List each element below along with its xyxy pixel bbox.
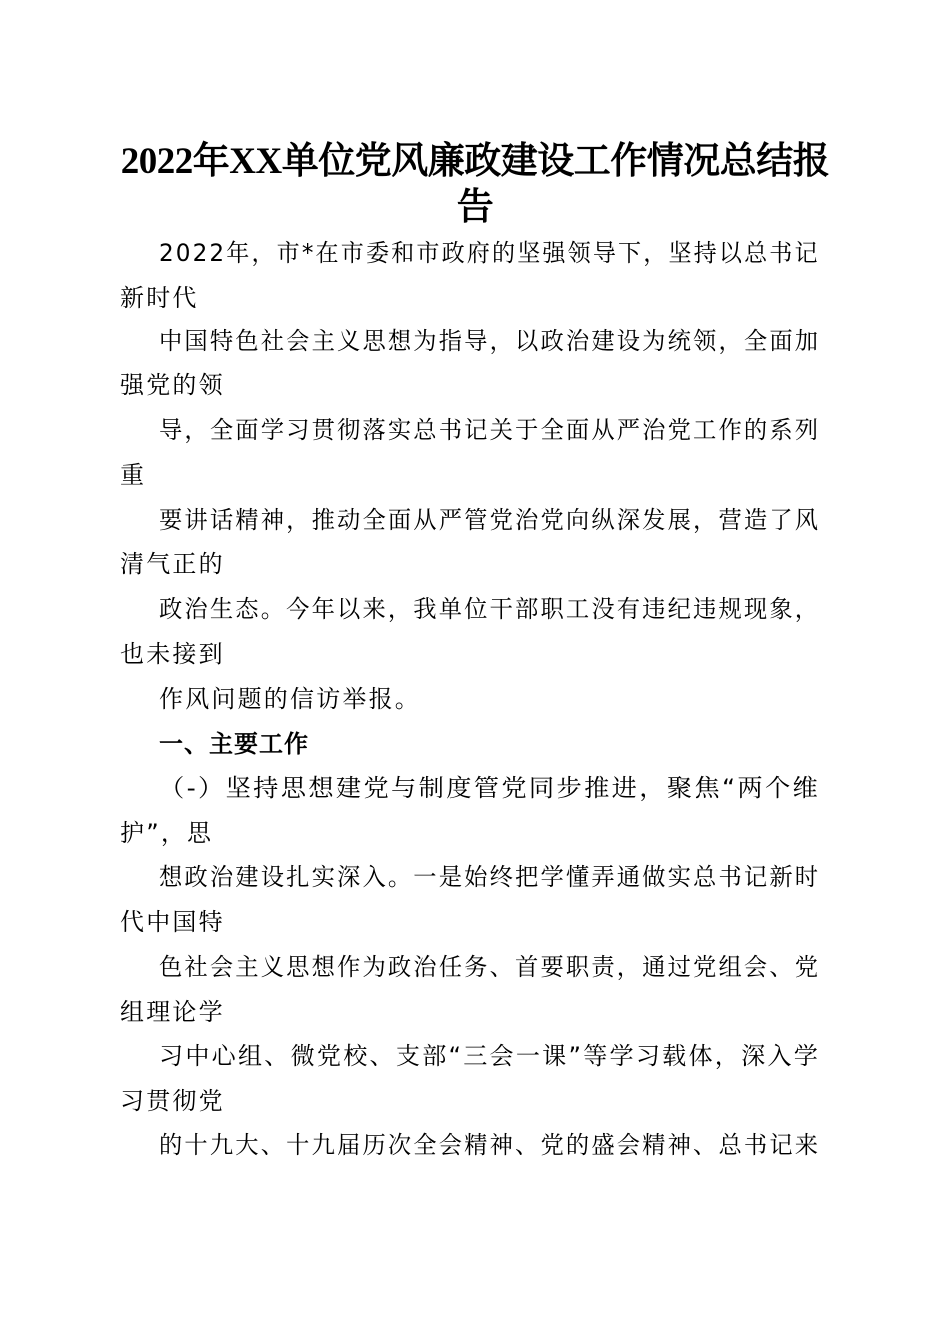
document-title-line-2: 告	[110, 183, 840, 233]
body-line: 政治生态。今年以来，我单位干部职工没有违纪违规现象，	[159, 594, 820, 624]
document-title-line-1: 2022年XX单位党风廉政建设工作情况总结报	[110, 137, 840, 187]
body-line: 习中心组、微党校、支部“三会一课”等学习载体，深入学	[159, 1041, 820, 1071]
body-line: 想政治建设扎实深入。一是始终把学懂弄通做实总书记新时	[159, 862, 820, 892]
body-line: （-）坚持思想建党与制度管党同步推进，聚焦“两个维	[159, 773, 820, 803]
body-line: 也未接到	[120, 639, 225, 669]
body-line: 色社会主义思想作为政治任务、首要职责，通过党组会、党	[159, 952, 820, 982]
body-line: 代中国特	[120, 907, 225, 937]
body-line: 2022年，市*在市委和市政府的坚强领导下，坚持以总书记	[159, 238, 820, 268]
body-line: 新时代	[120, 283, 199, 313]
body-line: 中国特色社会主义思想为指导，以政治建设为统领，全面加	[159, 326, 820, 356]
body-line: 的十九大、十九届历次全会精神、党的盛会精神、总书记来	[159, 1130, 820, 1160]
body-line: 导，全面学习贯彻落实总书记关于全面从严治党工作的系列	[159, 415, 820, 445]
body-line: 护”，思	[120, 818, 213, 848]
body-line: 清气正的	[120, 549, 225, 579]
body-line: 强党的领	[120, 370, 225, 400]
body-line: 组理论学	[120, 997, 225, 1027]
body-line: 重	[120, 460, 146, 490]
body-line: 作风问题的信访举报。	[159, 684, 421, 714]
section-heading: 一、主要工作	[159, 729, 309, 759]
body-line: 要讲话精神，推动全面从严管党治党向纵深发展，营造了风	[159, 505, 820, 535]
document-page: 2022年XX单位党风廉政建设工作情况总结报 告 2022年，市*在市委和市政府…	[0, 0, 950, 1344]
body-line: 习贯彻党	[120, 1086, 225, 1116]
